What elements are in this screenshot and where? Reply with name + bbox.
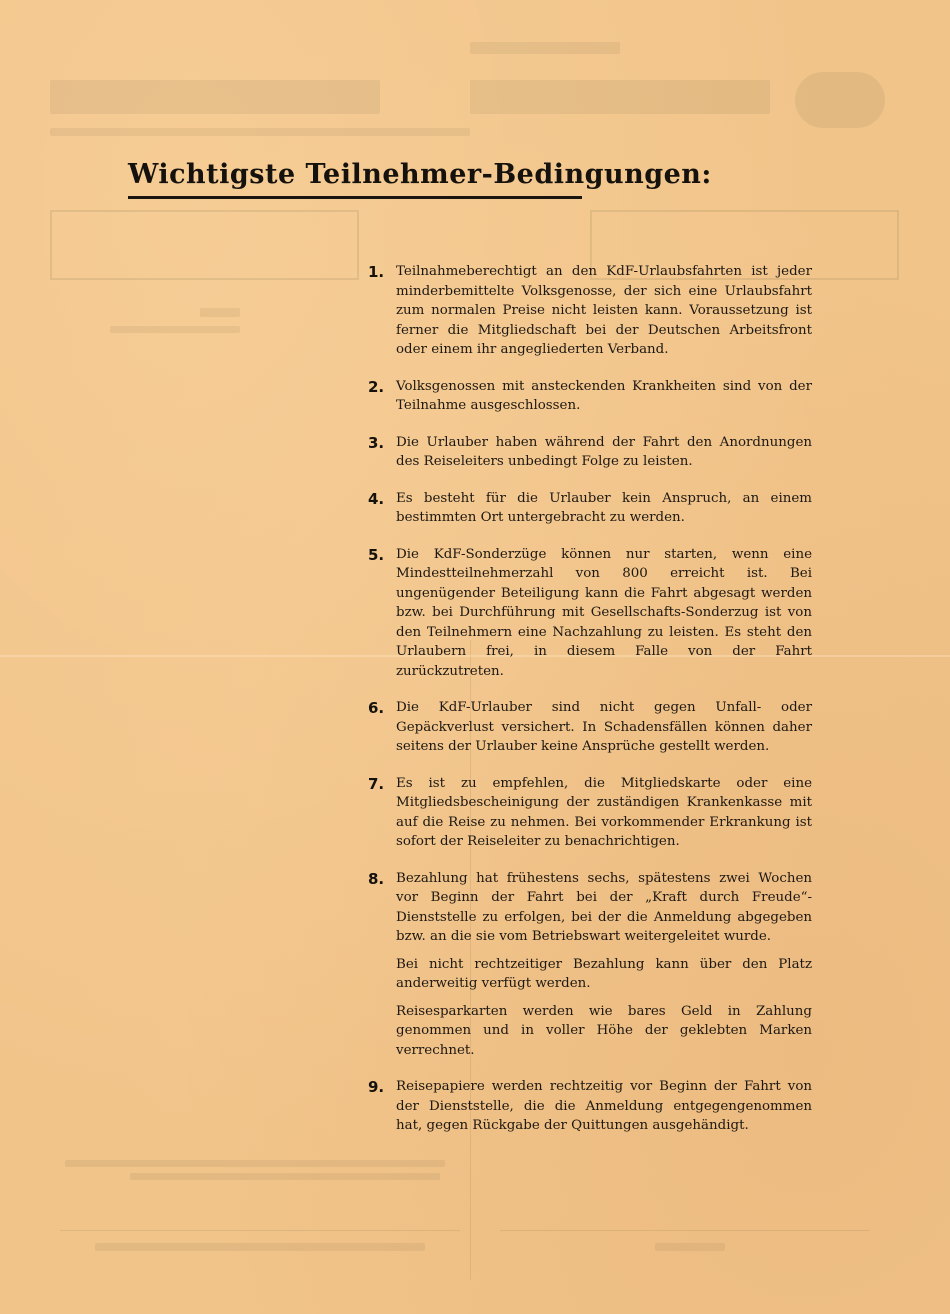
condition-text: Die KdF-Urlauber sind nicht gegen Unfall…	[396, 698, 812, 757]
condition-item-1: 1. Teilnahmeberechtigt an den KdF-Urlaub…	[368, 262, 812, 360]
condition-item-9: 9. Reisepapiere werden rechtzeitig vor B…	[368, 1077, 812, 1136]
page-title: Wichtigste Teilnehmer-Bedingungen:	[128, 158, 582, 192]
condition-text: Reisepapiere werden rechtzeitig vor Begi…	[396, 1077, 812, 1136]
condition-item-2: 2. Volksgenossen mit ansteckenden Krankh…	[368, 377, 812, 416]
condition-item-7: 7. Es ist zu empfehlen, die Mitgliedskar…	[368, 774, 812, 852]
title-underline	[128, 196, 582, 199]
condition-item-8: 8. Bezahlung hat frühestens sechs, späte…	[368, 869, 812, 1061]
condition-text: Bei nicht rechtzeitiger Bezahlung kann ü…	[396, 955, 812, 994]
conditions-list: 1. Teilnahmeberechtigt an den KdF-Urlaub…	[368, 262, 812, 1153]
condition-item-3: 3. Die Urlauber haben während der Fahrt …	[368, 433, 812, 472]
condition-item-5: 5. Die KdF-Sonderzüge können nur starten…	[368, 545, 812, 682]
condition-number: 7.	[368, 774, 396, 852]
condition-text: Die Urlauber haben während der Fahrt den…	[396, 433, 812, 472]
condition-text: Es ist zu empfehlen, die Mitgliedskarte …	[396, 774, 812, 852]
condition-number: 1.	[368, 262, 396, 360]
condition-text: Die KdF-Sonderzüge können nur starten, w…	[396, 545, 812, 682]
condition-number: 9.	[368, 1077, 396, 1136]
document-page: Wichtigste Teilnehmer-Bedingungen: 1. Te…	[0, 0, 950, 1314]
condition-number: 6.	[368, 698, 396, 757]
condition-item-4: 4. Es besteht für die Urlauber kein Ansp…	[368, 489, 812, 528]
condition-number: 8.	[368, 869, 396, 1061]
condition-text: Volksgenossen mit ansteckenden Krankheit…	[396, 377, 812, 416]
condition-text: Reisesparkarten werden wie bares Geld in…	[396, 1002, 812, 1061]
condition-number: 3.	[368, 433, 396, 472]
condition-text: Teilnahmeberechtigt an den KdF-Urlaubsfa…	[396, 262, 812, 360]
condition-number: 2.	[368, 377, 396, 416]
condition-text: Bezahlung hat frühestens sechs, späteste…	[396, 869, 812, 947]
condition-number: 5.	[368, 545, 396, 682]
condition-text: Es besteht für die Urlauber kein Anspruc…	[396, 489, 812, 528]
condition-item-6: 6. Die KdF-Urlauber sind nicht gegen Unf…	[368, 698, 812, 757]
condition-number: 4.	[368, 489, 396, 528]
title-block: Wichtigste Teilnehmer-Bedingungen:	[128, 158, 582, 199]
